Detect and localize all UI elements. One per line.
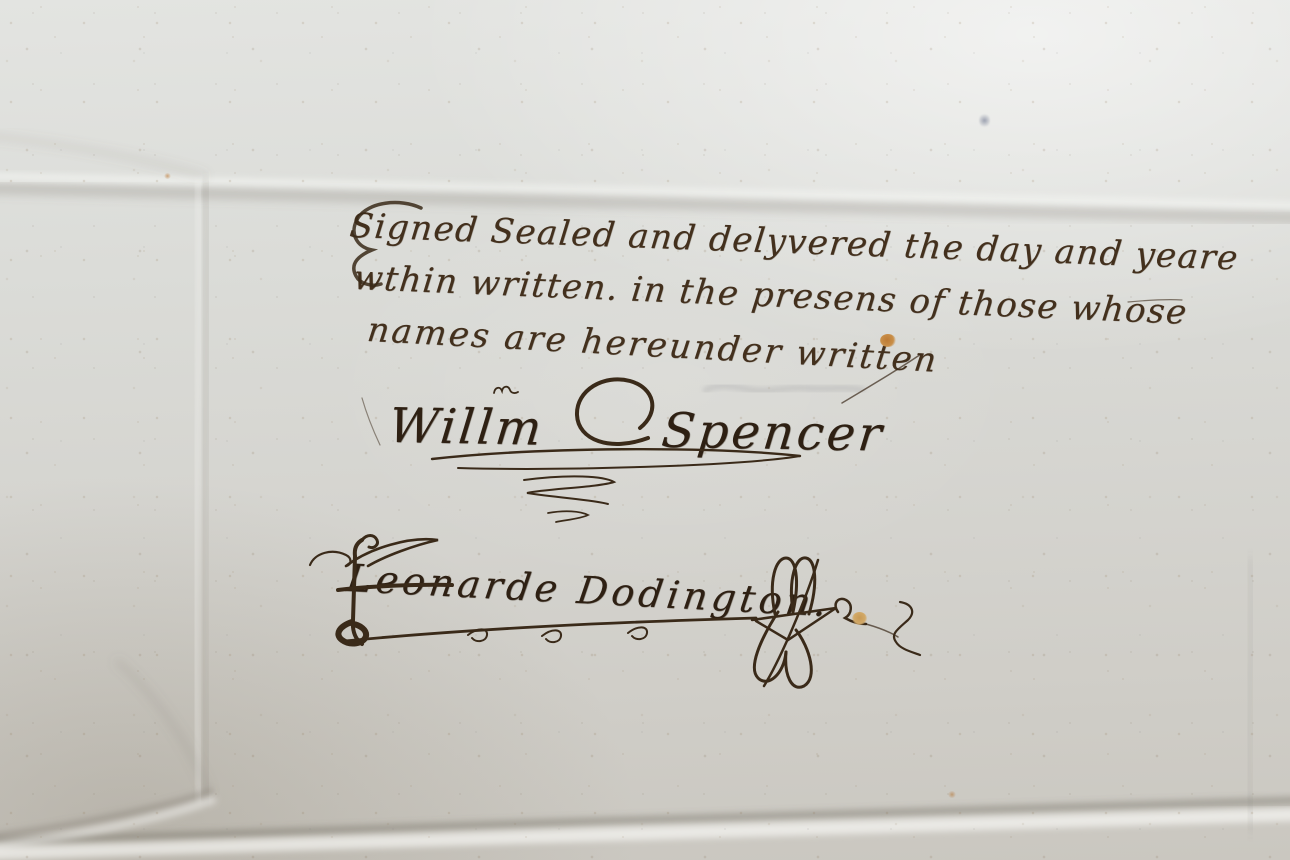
- willm-abbreviation-mark: [494, 387, 518, 393]
- crease-top-left-faint: [0, 136, 204, 176]
- signature1-surname: Spencer: [659, 403, 887, 463]
- signature2-underline: [345, 618, 756, 641]
- crease-left-vertical-shadow: [203, 182, 208, 798]
- crease-top-horizontal-shadow: [0, 188, 1290, 218]
- crease-left-vertical-highlight: [195, 182, 200, 798]
- paraph-lower-loop-2: [786, 630, 812, 687]
- crease-bottom-left-diagonal: [0, 792, 210, 838]
- signature-willm-spencer: WillmSpencer: [386, 398, 887, 463]
- paraph-connecting-hairline: [866, 624, 898, 637]
- crease-right-vertical-faint: [1248, 560, 1252, 830]
- crease-lower-left-faint: [118, 662, 208, 790]
- signature1-forename: Willm: [386, 398, 547, 457]
- signature2-l-foot-blob: [338, 622, 366, 643]
- signature1-zigzag-flourish: [524, 476, 614, 504]
- crease-bottom-horizontal-highlight: [0, 814, 1290, 854]
- signature2-underline-loop-3: [628, 627, 647, 639]
- paraph-d-loop-tail: [836, 599, 866, 624]
- crease-bottom-left-diagonal-highlight: [0, 800, 212, 848]
- blue-fiber-mark: [979, 113, 990, 128]
- crease-bottom-horizontal-shadow: [0, 800, 1290, 842]
- ghost-text-offset: [706, 386, 862, 391]
- signature2-l-top-hook: [362, 536, 377, 548]
- signature2-underline-loop-1: [468, 629, 487, 641]
- rust-speck-left: [164, 173, 171, 179]
- pen-hairline-before-w: [362, 398, 380, 445]
- rust-speck-bottom: [948, 791, 956, 798]
- signature1-zigzag-tail: [548, 511, 588, 522]
- signature-leonarde-dodington: Leonarde Dodington.: [344, 556, 834, 625]
- signature2-underline-loop-2: [542, 630, 561, 642]
- parchment-document-photo: Signed Sealed and delyvered the day and …: [0, 0, 1290, 860]
- signature2-l-leadin-loop: [310, 552, 351, 566]
- trailing-s-flourish: [894, 602, 920, 655]
- rust-ink-blot-near-paraph: [852, 612, 867, 625]
- attestation-line-3: names are hereunder written: [365, 310, 941, 381]
- crease-top-horizontal-highlight: [0, 176, 1290, 206]
